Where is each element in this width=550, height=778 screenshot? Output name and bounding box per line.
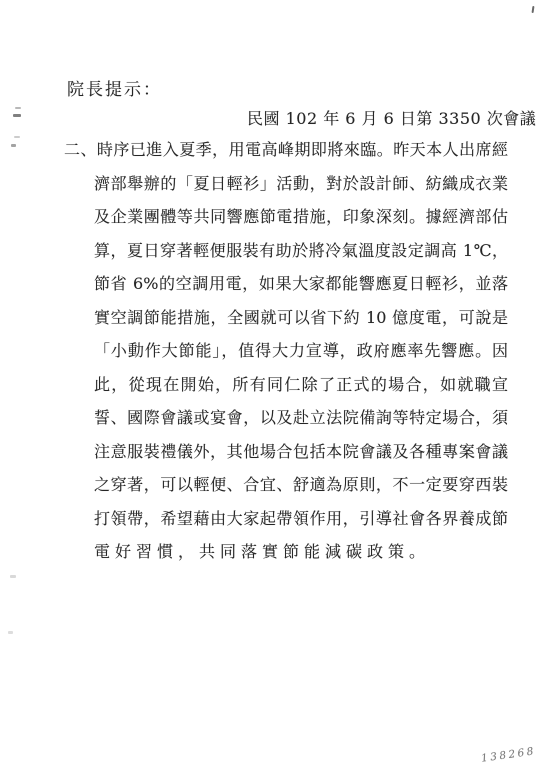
body-line: 誓、國際會議或宴會，以及赴立法院備詢等特定場合，須: [64, 401, 508, 435]
body-line: 此，從現在開始，所有同仁除了正式的場合，如就職宣: [64, 368, 508, 402]
body-line: 之穿著，可以輕便、合宜、舒適為原則，不一定要穿西裝: [64, 468, 508, 502]
scan-artifact: [15, 107, 21, 109]
body-line: 二、時序已進入夏季，用電高峰期即將來臨。昨天本人出席經: [64, 133, 508, 167]
item-number-marker: 二、: [64, 140, 97, 159]
body-line-text: 時序已進入夏季，用電高峰期即將來臨。昨天本人出席經: [97, 140, 508, 159]
body-line: 電好習慣，共同落實節能減碳政策。: [64, 535, 508, 569]
scan-artifact: [10, 575, 16, 578]
scan-artifact: [532, 6, 535, 13]
body-line: 打領帶，希望藉由大家起帶領作用，引導社會各界養成節: [64, 502, 508, 536]
handwritten-page-number: 138268: [480, 745, 536, 765]
scan-artifact: [13, 114, 21, 117]
document-title: 院長提示：: [67, 75, 162, 100]
body-line: 「小動作大節能」，值得大力宣導，政府應率先響應。因: [64, 334, 508, 368]
body-line: 注意服裝禮儀外，其他場合包括本院會議及各種專案會議: [64, 435, 508, 469]
scan-artifact: [14, 136, 20, 138]
body-line: 節省 6%的空調用電，如果大家都能響應夏日輕衫，並落: [64, 267, 508, 301]
scan-artifact: [8, 631, 13, 634]
body-line: 算，夏日穿著輕便服裝有助於將冷氣溫度設定調高 1℃，: [64, 234, 508, 268]
body-line: 濟部舉辦的「夏日輕衫」活動，對於設計師、紡織成衣業: [64, 167, 508, 201]
meeting-info-line: 民國 102 年 6 月 6 日第 3350 次會議: [247, 106, 536, 129]
document-body: 二、時序已進入夏季，用電高峰期即將來臨。昨天本人出席經 濟部舉辦的「夏日輕衫」活…: [64, 133, 508, 569]
body-line: 實空調節能措施，全國就可以省下約 10 億度電，可說是: [64, 301, 508, 335]
body-line: 及企業團體等共同響應節電措施，印象深刻。據經濟部估: [64, 200, 508, 234]
document-page: 院長提示： 民國 102 年 6 月 6 日第 3350 次會議 二、時序已進入…: [0, 0, 550, 778]
scan-artifact: [11, 144, 16, 147]
